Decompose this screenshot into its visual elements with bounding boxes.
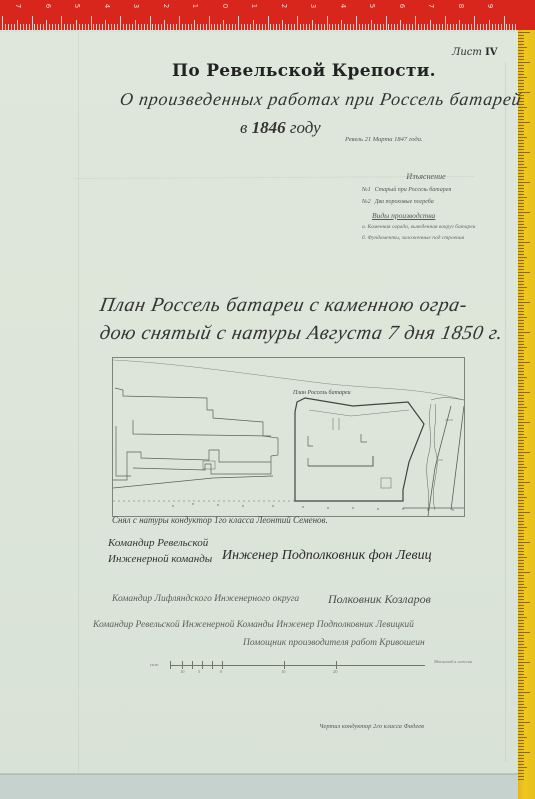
ruler-tick bbox=[433, 24, 434, 30]
ruler-tick bbox=[188, 24, 189, 30]
ruler-tick bbox=[518, 764, 524, 765]
ruler-tick bbox=[518, 44, 524, 45]
ruler-tick bbox=[518, 404, 524, 405]
date-note: Ревель 21 Марта 1847 года. bbox=[345, 136, 423, 143]
pencil-note-2: Командир Ревельской Инженерной Команды И… bbox=[93, 620, 414, 630]
ruler-number: 6 bbox=[398, 4, 406, 8]
ruler-tick bbox=[518, 191, 524, 192]
ruler-tick bbox=[518, 242, 530, 243]
ruler-tick bbox=[365, 24, 366, 30]
ruler-tick bbox=[232, 24, 233, 30]
ruler-tick bbox=[518, 716, 524, 717]
ruler-tick bbox=[518, 140, 524, 141]
right-margin-line bbox=[505, 62, 506, 762]
ruler-tick bbox=[226, 24, 227, 30]
ruler-tick bbox=[424, 24, 425, 30]
ruler-tick bbox=[518, 692, 530, 693]
scale-tick-label: 5 bbox=[198, 669, 200, 674]
ruler-tick bbox=[518, 62, 530, 63]
ruler-tick bbox=[518, 731, 524, 732]
ruler-tick bbox=[338, 24, 339, 30]
ruler-tick bbox=[518, 155, 524, 156]
ruler-tick bbox=[412, 24, 413, 30]
ruler-tick bbox=[415, 16, 416, 30]
ruler-tick bbox=[518, 296, 524, 297]
ruler-tick bbox=[518, 314, 524, 315]
ruler-tick bbox=[518, 347, 527, 348]
ruler-tick bbox=[518, 644, 524, 645]
ruler-tick bbox=[126, 24, 127, 30]
ruler-tick bbox=[518, 299, 524, 300]
ruler-tick bbox=[380, 24, 381, 30]
ruler-tick bbox=[185, 24, 186, 30]
ruler-tick bbox=[138, 24, 139, 30]
ruler-tick bbox=[518, 59, 524, 60]
ruler-tick bbox=[518, 542, 530, 543]
ruler-tick bbox=[518, 74, 524, 75]
ruler-tick bbox=[324, 24, 325, 30]
ruler-tick bbox=[371, 20, 372, 30]
ruler-tick bbox=[515, 24, 516, 30]
ruler-tick bbox=[40, 24, 41, 30]
ruler-tick bbox=[518, 767, 527, 768]
ruler-tick bbox=[518, 431, 524, 432]
ruler-tick bbox=[518, 713, 524, 714]
ruler-tick bbox=[518, 206, 524, 207]
ruler-tick bbox=[518, 110, 524, 111]
scale-line bbox=[170, 665, 425, 666]
ruler-tick bbox=[518, 86, 524, 87]
scale-left-label: саж. bbox=[150, 662, 159, 667]
ruler-tick bbox=[518, 407, 527, 408]
ruler-tick bbox=[518, 371, 524, 372]
ruler-tick bbox=[235, 24, 236, 30]
ruler-tick bbox=[518, 740, 524, 741]
ruler-tick bbox=[456, 24, 457, 30]
ruler-tick bbox=[518, 254, 524, 255]
ruler-tick bbox=[229, 24, 230, 30]
ruler-tick bbox=[518, 515, 524, 516]
ruler-tick bbox=[518, 557, 527, 558]
ruler-tick bbox=[217, 24, 218, 30]
ruler-tick bbox=[518, 728, 524, 729]
year-suffix: году bbox=[290, 118, 321, 137]
ruler-tick bbox=[518, 395, 524, 396]
ruler-tick bbox=[518, 458, 524, 459]
ruler-tick bbox=[518, 83, 524, 84]
ruler-tick bbox=[518, 503, 524, 504]
ruler-tick bbox=[297, 16, 298, 30]
ruler-tick bbox=[386, 16, 387, 30]
ruler-tick bbox=[11, 24, 12, 30]
ruler-tick bbox=[518, 47, 527, 48]
ruler-tick bbox=[518, 227, 527, 228]
ruler-tick bbox=[203, 24, 204, 30]
ruler-tick bbox=[518, 71, 524, 72]
ruler-tick bbox=[518, 329, 524, 330]
ruler-tick bbox=[315, 24, 316, 30]
ruler-tick bbox=[20, 24, 21, 30]
ruler-tick bbox=[518, 152, 530, 153]
legend-text: Два пороховые погреба bbox=[375, 199, 434, 205]
ruler-tick bbox=[43, 24, 44, 30]
ruler-tick bbox=[518, 233, 524, 234]
ruler-tick bbox=[182, 24, 183, 30]
ruler-tick bbox=[26, 24, 27, 30]
ruler-tick bbox=[518, 239, 524, 240]
ruler-tick bbox=[518, 263, 524, 264]
ruler-tick bbox=[108, 24, 109, 30]
ruler-tick bbox=[518, 599, 524, 600]
ruler-tick bbox=[518, 203, 524, 204]
ruler-tick bbox=[170, 24, 171, 30]
ruler-tick bbox=[518, 584, 524, 585]
ruler-tick bbox=[518, 170, 524, 171]
ruler-tick bbox=[518, 161, 524, 162]
ruler-tick bbox=[518, 125, 524, 126]
ruler-tick bbox=[518, 221, 524, 222]
ruler-tick bbox=[486, 24, 487, 30]
plan-caption: Снял с натуры кондуктор 1го класса Леонт… bbox=[112, 515, 328, 525]
ruler-tick bbox=[483, 24, 484, 30]
ruler-tick bbox=[518, 209, 524, 210]
ruler-tick bbox=[518, 428, 524, 429]
ruler-tick bbox=[155, 24, 156, 30]
ruler-tick bbox=[518, 551, 524, 552]
ruler-number: 1 bbox=[250, 4, 258, 8]
ruler-number: 9 bbox=[486, 4, 494, 8]
ruler-tick bbox=[285, 24, 286, 30]
pencil-note-3: Помощник производителя работ Кривошеин bbox=[243, 638, 425, 648]
legend-row: №2Два пороховые погреба bbox=[362, 199, 502, 205]
ruler-tick bbox=[223, 20, 224, 30]
ruler-tick bbox=[37, 24, 38, 30]
scale-right-label: Масштаб в сажени bbox=[434, 659, 472, 664]
ruler-tick bbox=[518, 569, 524, 570]
ruler-tick bbox=[176, 24, 177, 30]
ruler-tick bbox=[518, 356, 524, 357]
ruler-tick bbox=[498, 24, 499, 30]
ruler-number: 4 bbox=[103, 4, 111, 8]
ruler-tick bbox=[518, 629, 524, 630]
ruler-tick bbox=[158, 24, 159, 30]
ruler-tick bbox=[518, 527, 527, 528]
ruler-tick bbox=[518, 548, 524, 549]
legend-row: №1Старый при Россель батарея bbox=[362, 187, 502, 193]
ruler-tick bbox=[518, 581, 524, 582]
ruler-number: 5 bbox=[73, 4, 81, 8]
ruler-tick bbox=[211, 24, 212, 30]
year-value: 1846 bbox=[252, 118, 286, 137]
ruler-tick bbox=[418, 24, 419, 30]
ruler-tick bbox=[518, 743, 524, 744]
ruler-tick bbox=[518, 536, 524, 537]
ruler-tick bbox=[409, 24, 410, 30]
ruler-tick bbox=[179, 16, 180, 30]
scale-tick-label: 0 bbox=[220, 669, 222, 674]
table-surface bbox=[0, 775, 518, 799]
document-title: По Ревельской Крепости. bbox=[172, 61, 436, 81]
legend-heading: Изъяснение bbox=[350, 172, 502, 181]
ruler-tick bbox=[518, 734, 524, 735]
ruler-tick bbox=[256, 24, 257, 30]
ruler-tick bbox=[359, 24, 360, 30]
ruler-tick bbox=[102, 24, 103, 30]
ruler-tick bbox=[300, 24, 301, 30]
ruler-tick bbox=[518, 539, 524, 540]
ruler-tick bbox=[518, 284, 524, 285]
ruler-tick bbox=[518, 578, 524, 579]
ruler-tick bbox=[518, 188, 524, 189]
ruler-tick bbox=[518, 35, 524, 36]
ruler-tick bbox=[518, 113, 524, 114]
ruler-tick bbox=[265, 24, 266, 30]
ruler-tick bbox=[32, 16, 33, 30]
ruler-tick bbox=[518, 302, 530, 303]
ruler-tick bbox=[518, 437, 527, 438]
right-ruler bbox=[518, 0, 535, 799]
ruler-tick bbox=[34, 24, 35, 30]
ruler-tick bbox=[518, 332, 530, 333]
ruler-tick bbox=[120, 16, 121, 30]
ruler-tick bbox=[518, 632, 530, 633]
ruler-tick bbox=[518, 722, 530, 723]
ruler-corner bbox=[518, 0, 535, 30]
ruler-tick bbox=[427, 24, 428, 30]
ruler-tick bbox=[8, 24, 9, 30]
ruler-tick bbox=[518, 638, 524, 639]
ruler-tick bbox=[518, 677, 527, 678]
ruler-tick bbox=[436, 24, 437, 30]
ruler-tick bbox=[518, 275, 524, 276]
ruler-tick bbox=[96, 24, 97, 30]
ruler-tick bbox=[447, 24, 448, 30]
ruler-tick bbox=[518, 65, 524, 66]
ruler-tick bbox=[518, 521, 524, 522]
ruler-tick bbox=[377, 24, 378, 30]
ruler-tick bbox=[518, 749, 524, 750]
ruler-tick bbox=[518, 116, 524, 117]
ruler-tick bbox=[362, 24, 363, 30]
ruler-tick bbox=[518, 194, 524, 195]
ruler-tick bbox=[518, 698, 524, 699]
ruler-tick bbox=[518, 464, 524, 465]
ruler-tick bbox=[518, 626, 524, 627]
ruler-tick bbox=[164, 20, 165, 30]
ruler-tick bbox=[518, 119, 524, 120]
ruler-tick bbox=[76, 20, 77, 30]
ruler-tick bbox=[141, 24, 142, 30]
ruler-tick bbox=[518, 752, 530, 753]
ruler-tick bbox=[197, 24, 198, 30]
ruler-tick bbox=[518, 530, 524, 531]
ruler-tick bbox=[518, 80, 524, 81]
ruler-number: 8 bbox=[457, 4, 465, 8]
ruler-tick bbox=[353, 24, 354, 30]
ruler-tick bbox=[518, 368, 524, 369]
ruler-tick bbox=[518, 269, 524, 270]
ruler-tick bbox=[518, 56, 524, 57]
ruler-tick bbox=[147, 24, 148, 30]
ruler-tick bbox=[518, 131, 524, 132]
draftsman-note: Чертил кондуктор 2го класса Фадеев bbox=[319, 723, 424, 730]
ruler-tick bbox=[518, 377, 527, 378]
ruler-tick bbox=[518, 746, 524, 747]
ruler-tick bbox=[518, 647, 527, 648]
ruler-tick bbox=[259, 24, 260, 30]
ruler-tick bbox=[368, 24, 369, 30]
ruler-tick bbox=[79, 24, 80, 30]
ruler-tick bbox=[327, 16, 328, 30]
ruler-tick bbox=[518, 509, 524, 510]
legend-key: №1 bbox=[362, 187, 371, 193]
ruler-tick bbox=[518, 410, 524, 411]
ruler-tick bbox=[150, 16, 151, 30]
ruler-tick bbox=[238, 16, 239, 30]
ruler-tick bbox=[518, 668, 524, 669]
ruler-tick bbox=[29, 24, 30, 30]
ruler-tick bbox=[518, 260, 524, 261]
legend-subheading: Виды производства bbox=[362, 211, 502, 220]
ruler-tick bbox=[518, 737, 527, 738]
ruler-tick bbox=[270, 24, 271, 30]
ruler-tick bbox=[421, 24, 422, 30]
ruler-tick bbox=[321, 24, 322, 30]
ruler-tick bbox=[518, 272, 530, 273]
ruler-tick bbox=[468, 24, 469, 30]
ruler-tick bbox=[518, 674, 524, 675]
ruler-tick bbox=[518, 122, 530, 123]
ruler-tick bbox=[518, 443, 524, 444]
ruler-tick bbox=[518, 344, 524, 345]
ruler-tick bbox=[518, 245, 524, 246]
ruler-tick bbox=[501, 24, 502, 30]
ruler-tick bbox=[518, 545, 524, 546]
ruler-tick bbox=[2, 16, 3, 30]
ruler-tick bbox=[518, 605, 524, 606]
ruler-number: 5 bbox=[368, 4, 376, 8]
scale-tick-label: 10 bbox=[180, 669, 185, 674]
ruler-tick bbox=[518, 386, 524, 387]
ruler-tick bbox=[465, 24, 466, 30]
ruler-tick bbox=[518, 362, 530, 363]
ruler-tick bbox=[167, 24, 168, 30]
ruler-tick bbox=[518, 593, 524, 594]
ruler-tick bbox=[518, 479, 524, 480]
ruler-tick bbox=[82, 24, 83, 30]
ruler-tick bbox=[518, 608, 524, 609]
ruler-tick bbox=[495, 24, 496, 30]
scale-tick-label: 10 bbox=[281, 669, 286, 674]
ruler-tick bbox=[518, 305, 524, 306]
ruler-tick bbox=[477, 24, 478, 30]
ruler-tick bbox=[518, 338, 524, 339]
ruler-tick bbox=[397, 24, 398, 30]
ruler-tick bbox=[400, 20, 401, 30]
ruler-tick bbox=[518, 770, 524, 771]
sheet-number: IV bbox=[485, 47, 497, 58]
ruler-tick bbox=[518, 623, 524, 624]
signature-name: Инженер Подполковник фон Левиц bbox=[222, 548, 432, 564]
ruler-tick bbox=[518, 473, 524, 474]
ruler-tick bbox=[518, 218, 524, 219]
ruler-tick bbox=[518, 686, 524, 687]
ruler-tick bbox=[459, 20, 460, 30]
ruler-tick bbox=[518, 212, 530, 213]
ruler-tick bbox=[52, 24, 53, 30]
ruler-tick bbox=[312, 20, 313, 30]
ruler-tick bbox=[173, 24, 174, 30]
ruler-tick bbox=[129, 24, 130, 30]
ruler-tick bbox=[518, 617, 527, 618]
ruler-tick bbox=[332, 24, 333, 30]
ruler-tick bbox=[518, 452, 530, 453]
ruler-tick bbox=[518, 146, 524, 147]
ruler-tick bbox=[518, 389, 524, 390]
ruler-tick bbox=[46, 20, 47, 30]
ruler-tick bbox=[518, 401, 524, 402]
ruler-tick bbox=[403, 24, 404, 30]
ruler-number: 3 bbox=[309, 4, 317, 8]
ruler-tick bbox=[303, 24, 304, 30]
ruler-tick bbox=[518, 506, 524, 507]
ruler-number: 4 bbox=[339, 4, 347, 8]
ruler-tick bbox=[518, 236, 524, 237]
ruler-tick bbox=[152, 24, 153, 30]
ruler-tick bbox=[518, 176, 524, 177]
ruler-tick bbox=[518, 491, 524, 492]
ruler-tick bbox=[518, 572, 530, 573]
scale-bar: саж. 10 5 0 10 20 Масштаб в сажени bbox=[150, 657, 490, 677]
ruler-tick bbox=[518, 308, 524, 309]
ruler-tick bbox=[518, 149, 524, 150]
ruler-tick bbox=[518, 611, 524, 612]
ruler-tick bbox=[439, 24, 440, 30]
ruler-tick bbox=[161, 24, 162, 30]
ruler-tick bbox=[220, 24, 221, 30]
ruler-tick bbox=[518, 413, 524, 414]
ruler-tick bbox=[291, 24, 292, 30]
ruler-tick bbox=[518, 704, 524, 705]
ruler-tick bbox=[111, 24, 112, 30]
ruler-tick bbox=[335, 24, 336, 30]
ruler-number: 0 bbox=[221, 4, 229, 8]
ruler-tick bbox=[383, 24, 384, 30]
ruler-tick bbox=[391, 24, 392, 30]
document-subtitle: О произведенных работах при Россель бата… bbox=[119, 89, 524, 110]
pencil-note-1: Командир Лифляндского Инженерного округа bbox=[112, 594, 299, 604]
ruler-tick bbox=[518, 482, 530, 483]
ruler-tick bbox=[518, 251, 524, 252]
ruler-tick bbox=[509, 24, 510, 30]
ruler-tick bbox=[518, 602, 530, 603]
ruler-tick bbox=[518, 68, 524, 69]
ruler-tick bbox=[518, 587, 527, 588]
ruler-tick bbox=[67, 24, 68, 30]
ruler-tick bbox=[430, 20, 431, 30]
ruler-tick bbox=[518, 488, 524, 489]
ruler-tick bbox=[518, 422, 530, 423]
ruler-tick bbox=[518, 512, 530, 513]
ruler-tick bbox=[518, 341, 524, 342]
ruler-tick bbox=[518, 293, 524, 294]
plan-title-line2: дою снятый с натуры Августа 7 дня 1850 г… bbox=[98, 322, 505, 345]
ruler-tick bbox=[518, 434, 524, 435]
ruler-tick bbox=[518, 596, 524, 597]
ruler-tick bbox=[518, 533, 524, 534]
ruler-tick bbox=[518, 215, 524, 216]
ruler-tick bbox=[191, 24, 192, 30]
